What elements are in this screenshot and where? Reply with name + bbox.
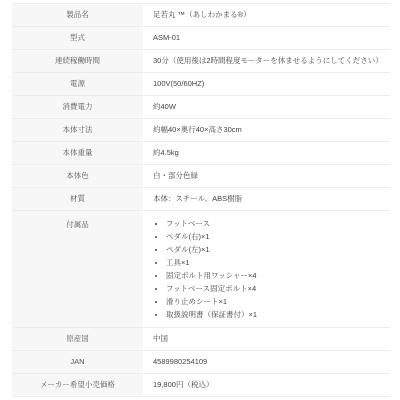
spec-value: 約40W (143, 96, 390, 119)
list-item: 工具×1 (166, 258, 380, 267)
product-spec-table-body: 製品名 足若丸 ™（あしわかまる®） 型式 ASM-01 連続稼働時間 30分（… (12, 4, 390, 397)
spec-label: 本体重量 (12, 142, 143, 165)
spec-value: 本体：スチール、ABS樹脂 (143, 188, 390, 211)
spec-value: 白・部分色緑 (143, 165, 390, 188)
spec-label: 原産国 (12, 328, 143, 351)
spec-label: 消費電力 (12, 96, 143, 119)
table-row: 材質 本体：スチール、ABS樹脂 (12, 188, 390, 211)
spec-value: 30分（使用後は2時間程度モーターを休ませるようにしてください） (143, 50, 390, 73)
spec-label: 本体寸法 (12, 119, 143, 142)
spec-label: メーカー希望小売価格 (12, 374, 143, 397)
table-row: 電源 100V(50/60HZ) (12, 73, 390, 96)
spec-value: ASM-01 (143, 27, 390, 50)
table-row: メーカー希望小売価格 19,800円（税込） (12, 374, 390, 397)
spec-value: 100V(50/60HZ) (143, 73, 390, 96)
table-row: 本体重量 約4.5kg (12, 142, 390, 165)
list-item: 滑り止めシート×1 (166, 297, 380, 306)
list-item: 取扱説明書（保証書付）×1 (166, 310, 380, 319)
spec-label: 製品名 (12, 4, 143, 27)
table-row: 連続稼働時間 30分（使用後は2時間程度モーターを休ませるようにしてください） (12, 50, 390, 73)
spec-label: JAN (12, 351, 143, 374)
spec-label: 連続稼働時間 (12, 50, 143, 73)
table-row: JAN 4589980254109 (12, 351, 390, 374)
table-row: 型式 ASM-01 (12, 27, 390, 50)
table-row: 本体色 白・部分色緑 (12, 165, 390, 188)
spec-value: 約幅40×奥行40×高さ30cm (143, 119, 390, 142)
table-row: 付属品 フットベースペダル(右)×1ペダル(左)×1工具×1固定ボルト用ワッシャ… (12, 211, 390, 328)
table-row: 消費電力 約40W (12, 96, 390, 119)
spec-value: 中国 (143, 328, 390, 351)
spec-value: フットベースペダル(右)×1ペダル(左)×1工具×1固定ボルト用ワッシャー×4フ… (143, 211, 390, 328)
list-item: ペダル(右)×1 (166, 232, 380, 241)
product-spec-table: 製品名 足若丸 ™（あしわかまる®） 型式 ASM-01 連続稼働時間 30分（… (12, 3, 390, 397)
list-item: フットベース固定ボルト×4 (166, 284, 380, 293)
spec-label: 電源 (12, 73, 143, 96)
spec-value: 約4.5kg (143, 142, 390, 165)
table-row: 原産国 中国 (12, 328, 390, 351)
accessory-list: フットベースペダル(右)×1ペダル(左)×1工具×1固定ボルト用ワッシャー×4フ… (153, 219, 380, 319)
list-item: 固定ボルト用ワッシャー×4 (166, 271, 380, 280)
list-item: ペダル(左)×1 (166, 245, 380, 254)
spec-label: 付属品 (12, 211, 143, 328)
spec-value: 足若丸 ™（あしわかまる®） (143, 4, 390, 27)
spec-value: 19,800円（税込） (143, 374, 390, 397)
spec-value: 4589980254109 (143, 351, 390, 374)
spec-label: 型式 (12, 27, 143, 50)
spec-label: 本体色 (12, 165, 143, 188)
table-row: 本体寸法 約幅40×奥行40×高さ30cm (12, 119, 390, 142)
list-item: フットベース (166, 219, 380, 228)
table-row: 製品名 足若丸 ™（あしわかまる®） (12, 4, 390, 27)
spec-label: 材質 (12, 188, 143, 211)
